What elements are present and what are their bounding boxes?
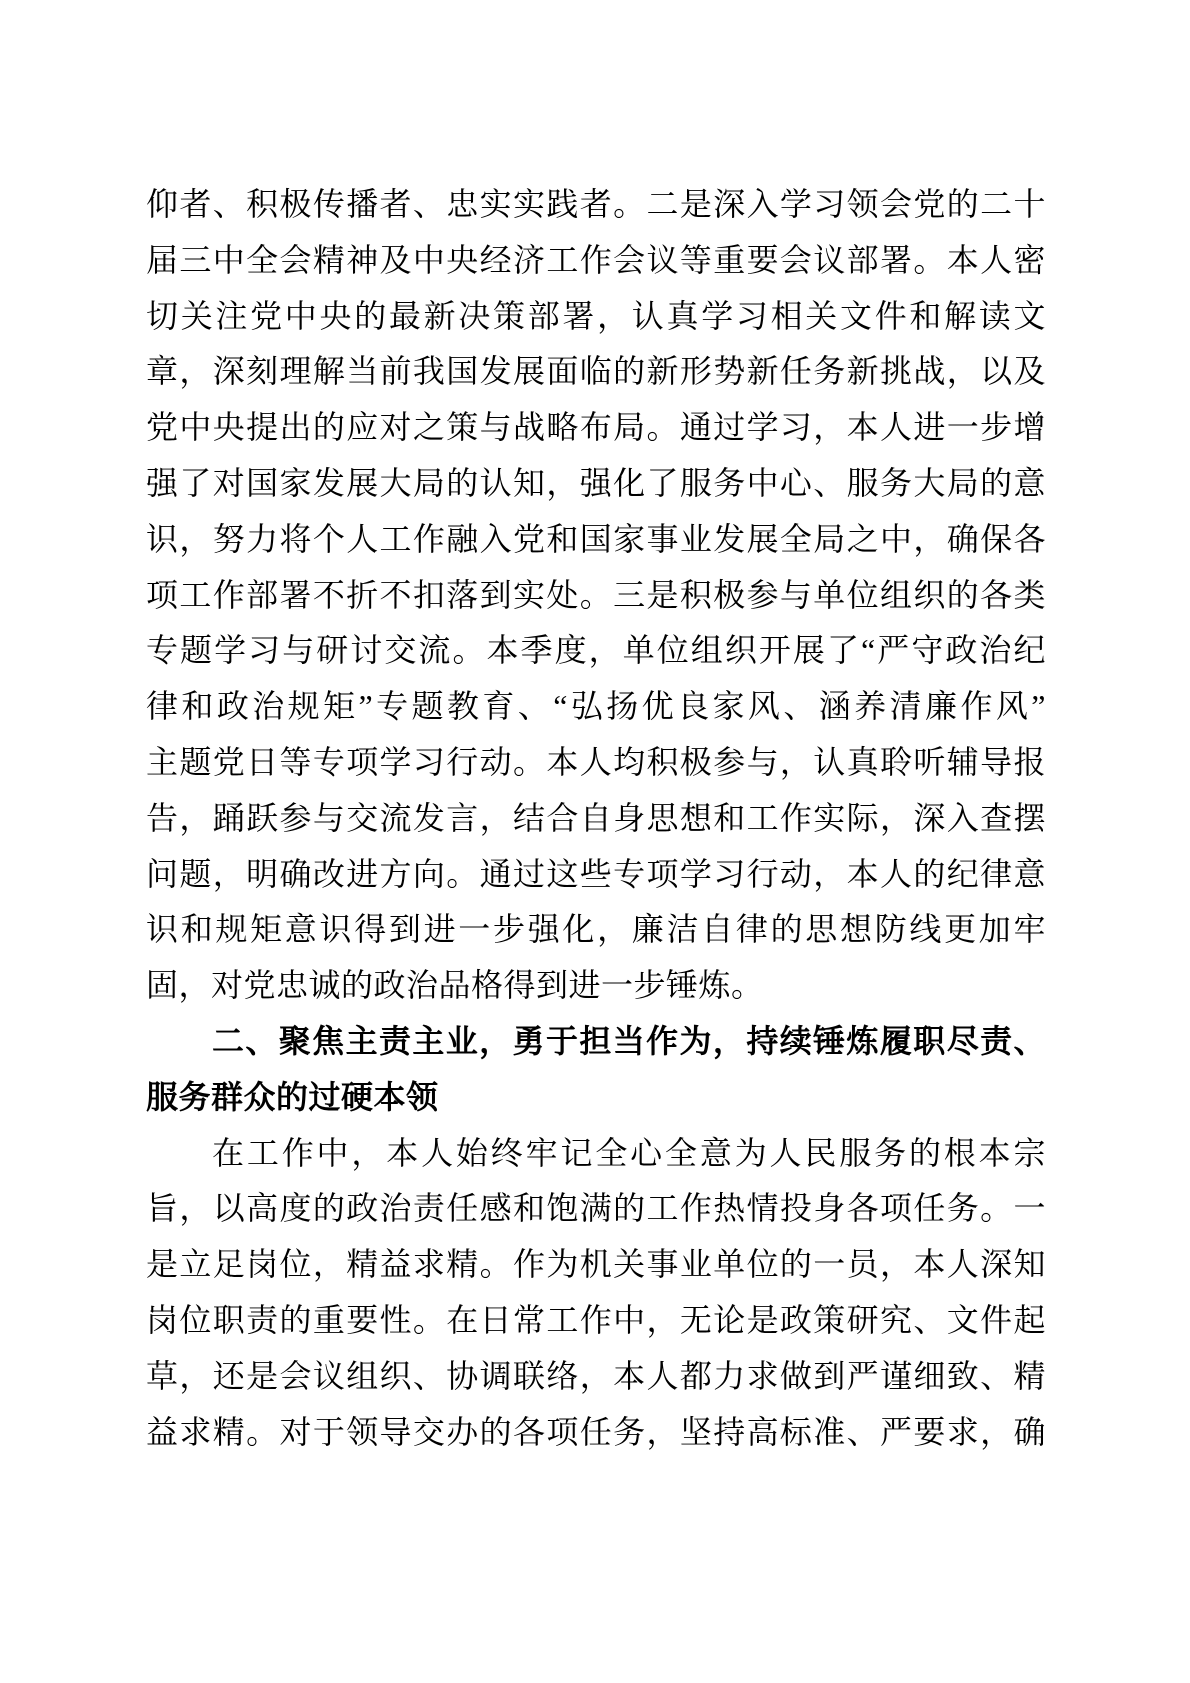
heading-line: 服务群众的过硬本领 — [146, 1070, 1046, 1126]
text-line: 在工作中，本人始终牢记全心全意为人民服务的根本宗 — [146, 1126, 1046, 1182]
text-line: 草，还是会议组织、协调联络，本人都力求做到严谨细致、精 — [146, 1349, 1046, 1405]
text-line: 切关注党中央的最新决策部署，认真学习相关文件和解读文 — [146, 289, 1046, 345]
text-line: 章，深刻理解当前我国发展面临的新形势新任务新挑战，以及 — [146, 344, 1046, 400]
text-line: 旨，以高度的政治责任感和饱满的工作热情投身各项任务。一 — [146, 1181, 1046, 1237]
text-line: 岗位职责的重要性。在日常工作中，无论是政策研究、文件起 — [146, 1293, 1046, 1349]
text-line: 识，努力将个人工作融入党和国家事业发展全局之中，确保各 — [146, 512, 1046, 568]
text-line: 固，对党忠诚的政治品格得到进一步锤炼。 — [146, 958, 1046, 1014]
document-page: { "page": { "background_color": "#ffffff… — [0, 0, 1190, 1683]
text-line: 律和政治规矩”专题教育、“弘扬优良家风、涵养清廉作风” — [146, 679, 1046, 735]
text-line: 益求精。对于领导交办的各项任务，坚持高标准、严要求，确 — [146, 1405, 1046, 1461]
text-line: 强了对国家发展大局的认知，强化了服务中心、服务大局的意 — [146, 456, 1046, 512]
paragraph-body-continuation: 仰者、积极传播者、忠实实践者。二是深入学习领会党的二十 届三中全会精神及中央经济… — [146, 177, 1046, 1014]
section-heading-2: 二、聚焦主责主业，勇于担当作为，持续锤炼履职尽责、 服务群众的过硬本领 — [146, 1014, 1046, 1126]
text-line: 主题党日等专项学习行动。本人均积极参与，认真聆听辅导报 — [146, 735, 1046, 791]
text-line: 项工作部署不折不扣落到实处。三是积极参与单位组织的各类 — [146, 568, 1046, 624]
text-line: 告，踊跃参与交流发言，结合自身思想和工作实际，深入查摆 — [146, 791, 1046, 847]
text-line: 识和规矩意识得到进一步强化，廉洁自律的思想防线更加牢 — [146, 902, 1046, 958]
text-line: 专题学习与研讨交流。本季度，单位组织开展了“严守政治纪 — [146, 623, 1046, 679]
heading-line: 二、聚焦主责主业，勇于担当作为，持续锤炼履职尽责、 — [146, 1014, 1046, 1070]
paragraph-2: 在工作中，本人始终牢记全心全意为人民服务的根本宗 旨，以高度的政治责任感和饱满的… — [146, 1126, 1046, 1461]
text-line: 问题，明确改进方向。通过这些专项学习行动，本人的纪律意 — [146, 847, 1046, 903]
text-line: 仰者、积极传播者、忠实实践者。二是深入学习领会党的二十 — [146, 177, 1046, 233]
text-line: 届三中全会精神及中央经济工作会议等重要会议部署。本人密 — [146, 233, 1046, 289]
text-line: 党中央提出的应对之策与战略布局。通过学习，本人进一步增 — [146, 400, 1046, 456]
text-block: 仰者、积极传播者、忠实实践者。二是深入学习领会党的二十 届三中全会精神及中央经济… — [146, 177, 1046, 1460]
text-line: 是立足岗位，精益求精。作为机关事业单位的一员，本人深知 — [146, 1237, 1046, 1293]
